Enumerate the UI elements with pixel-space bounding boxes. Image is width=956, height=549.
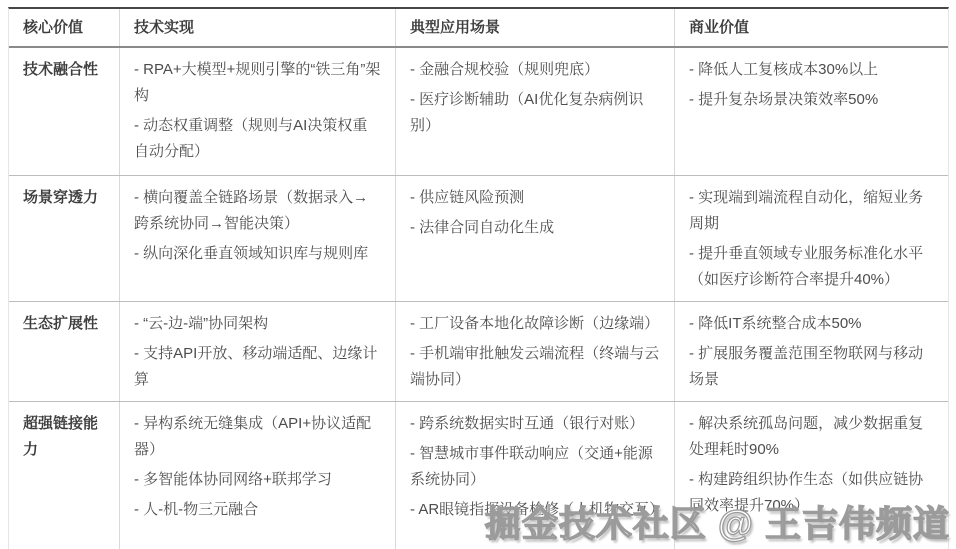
cell-bullet: - 扩展服务覆盖范围至物联网与移动场景	[689, 341, 934, 393]
cell-bullet: - 提升垂直领域专业服务标准化水平（如医疗诊断符合率提升40%）	[689, 241, 934, 293]
cell-bullet: - “云-边-端”协同架构	[134, 311, 381, 337]
row-label: 技术融合性	[9, 48, 119, 175]
column-header-tech-implementation: 技术实现	[119, 9, 395, 46]
page: 核心价值 技术实现 典型应用场景 商业价值 技术融合性 - RPA+大模型+规则…	[0, 0, 956, 549]
cell-bullet: - 智慧城市事件联动响应（交通+能源系统协同）	[410, 441, 660, 493]
cell-bullet: - 支持API开放、移动端适配、边缘计算	[134, 341, 381, 393]
cell-bullet: - 工厂设备本地化故障诊断（边缘端）	[410, 311, 660, 337]
scenario-cell: - 工厂设备本地化故障诊断（边缘端） - 手机端审批触发云端流程（终端与云端协同…	[395, 302, 674, 401]
scenario-cell: - 金融合规校验（规则兜底） - 医疗诊断辅助（AI优化复杂病例识别）	[395, 48, 674, 175]
cell-bullet: - 纵向深化垂直领域知识库与规则库	[134, 241, 381, 267]
table-row: 技术融合性 - RPA+大模型+规则引擎的“铁三角”架构 - 动态权重调整（规则…	[9, 48, 948, 175]
cell-bullet: - 供应链风险预测	[410, 185, 660, 211]
business-cell: - 实现端到端流程自动化，缩短业务周期 - 提升垂直领域专业服务标准化水平（如医…	[674, 176, 948, 301]
business-cell: - 降低人工复核成本30%以上 - 提升复杂场景决策效率50%	[674, 48, 948, 175]
tech-cell: - “云-边-端”协同架构 - 支持API开放、移动端适配、边缘计算	[119, 302, 395, 401]
capability-table: 核心价值 技术实现 典型应用场景 商业价值 技术融合性 - RPA+大模型+规则…	[8, 7, 949, 549]
row-label: 生态扩展性	[9, 302, 119, 401]
cell-bullet: - 人-机-物三元融合	[134, 497, 381, 523]
table-row: 生态扩展性 - “云-边-端”协同架构 - 支持API开放、移动端适配、边缘计算…	[9, 301, 948, 401]
row-label: 超强链接能力	[9, 402, 119, 549]
table-header-row: 核心价值 技术实现 典型应用场景 商业价值	[9, 9, 948, 48]
cell-bullet: - 横向覆盖全链路场景（数据录入→跨系统协同→智能决策）	[134, 185, 381, 237]
tech-cell: - 横向覆盖全链路场景（数据录入→跨系统协同→智能决策） - 纵向深化垂直领域知…	[119, 176, 395, 301]
column-header-core-value: 核心价值	[9, 9, 119, 46]
cell-bullet: - 降低人工复核成本30%以上	[689, 57, 934, 83]
cell-bullet: - 金融合规校验（规则兜底）	[410, 57, 660, 83]
cell-bullet: - 医疗诊断辅助（AI优化复杂病例识别）	[410, 87, 660, 139]
row-label: 场景穿透力	[9, 176, 119, 301]
cell-bullet: - 多智能体协同网络+联邦学习	[134, 467, 381, 493]
table-row: 场景穿透力 - 横向覆盖全链路场景（数据录入→跨系统协同→智能决策） - 纵向深…	[9, 175, 948, 301]
cell-bullet: - 跨系统数据实时互通（银行对账）	[410, 411, 660, 437]
tech-cell: - RPA+大模型+规则引擎的“铁三角”架构 - 动态权重调整（规则与AI决策权…	[119, 48, 395, 175]
cell-bullet: - 动态权重调整（规则与AI决策权重自动分配）	[134, 113, 381, 165]
cell-bullet: - RPA+大模型+规则引擎的“铁三角”架构	[134, 57, 381, 109]
scenario-cell: - 供应链风险预测 - 法律合同自动化生成	[395, 176, 674, 301]
cell-bullet: - 法律合同自动化生成	[410, 215, 660, 241]
cell-bullet: - 解决系统孤岛问题，减少数据重复处理耗时90%	[689, 411, 934, 463]
cell-bullet: - 手机端审批触发云端流程（终端与云端协同）	[410, 341, 660, 393]
business-cell: - 降低IT系统整合成本50% - 扩展服务覆盖范围至物联网与移动场景	[674, 302, 948, 401]
cell-bullet: - 异构系统无缝集成（API+协议适配器）	[134, 411, 381, 463]
cell-bullet: - 提升复杂场景决策效率50%	[689, 87, 934, 113]
watermark: 掘金技术社区 @ 王吉伟频道	[485, 496, 950, 547]
cell-bullet: - 降低IT系统整合成本50%	[689, 311, 934, 337]
tech-cell: - 异构系统无缝集成（API+协议适配器） - 多智能体协同网络+联邦学习 - …	[119, 402, 395, 549]
cell-bullet: - 实现端到端流程自动化，缩短业务周期	[689, 185, 934, 237]
column-header-typical-scenarios: 典型应用场景	[395, 9, 674, 46]
column-header-business-value: 商业价值	[674, 9, 948, 46]
